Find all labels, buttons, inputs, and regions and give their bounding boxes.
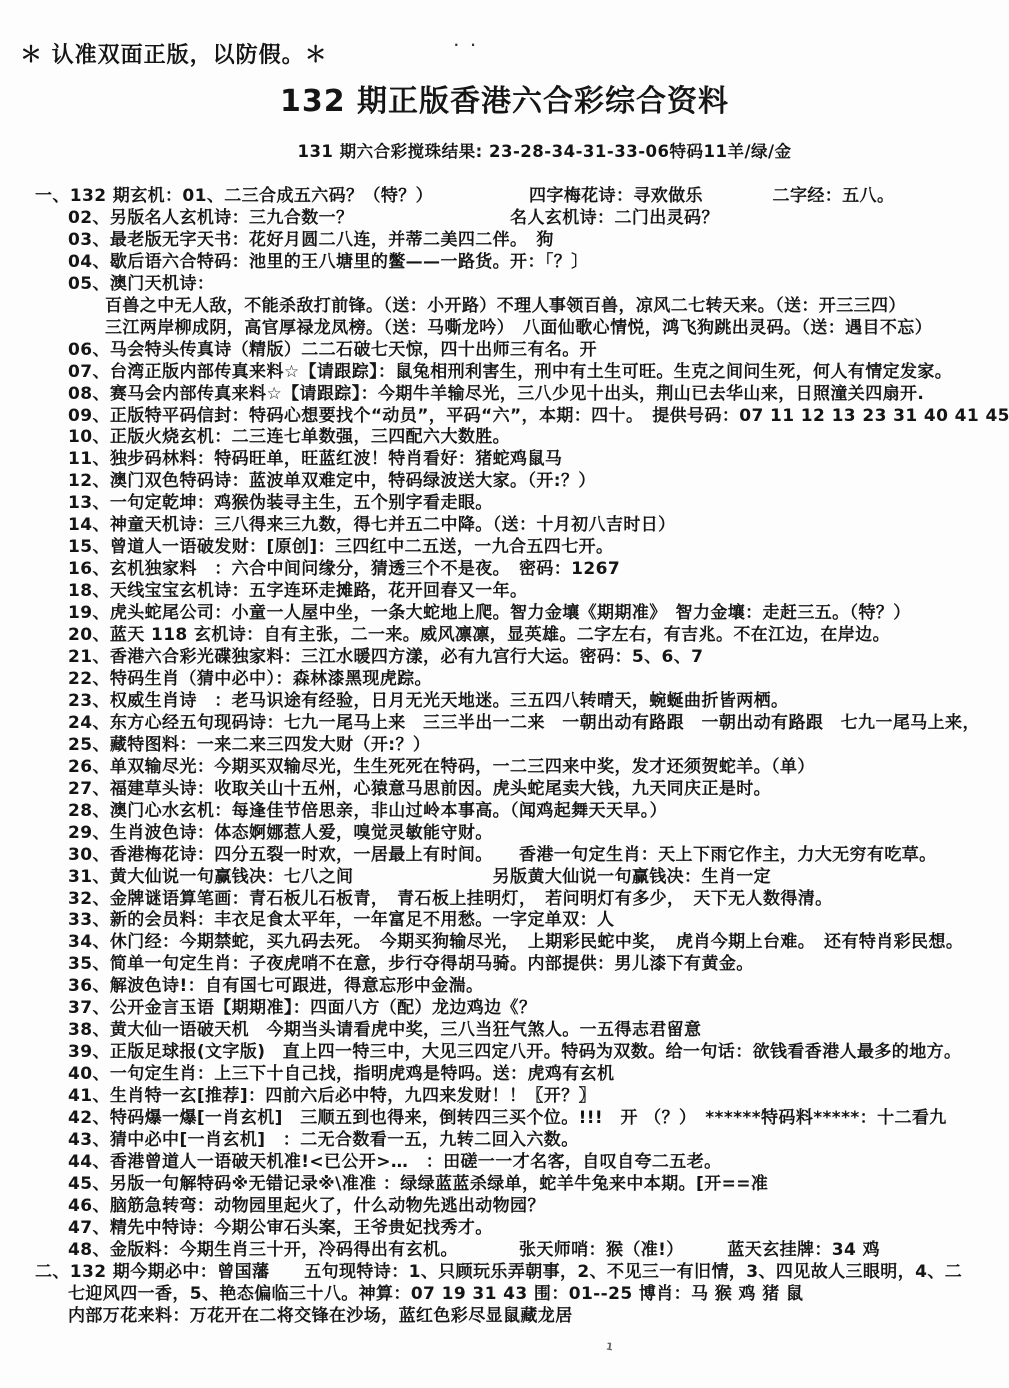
body-line-23: 22、特码生肖（猜中必中）：森林漆黑现虎踪。 bbox=[0, 669, 1009, 691]
lottery-info-sheet: ＊ 认准双面正版，以防假。＊ · · 132 期正版香港六合彩综合资料 131 … bbox=[0, 0, 1009, 1388]
body-line-7: 三江两岸柳成阴，高官厚禄龙凤榜。（送：马嘶龙吟） 八面仙歌心情悦，鸿飞狗跳出灵码… bbox=[0, 318, 1009, 340]
page-title: 132 期正版香港六合彩综合资料 bbox=[0, 76, 1009, 120]
body-line-51: 七迎风四一香，5、艳态偏临三十八。神算：07 19 31 43 围：01--25… bbox=[0, 1284, 1009, 1306]
body-line-47: 46、脑筋急转弯：动物园里起火了，什么动物先逃出动物园？ bbox=[0, 1196, 1009, 1218]
scan-dots-artifact: · · bbox=[454, 38, 479, 52]
body-line-35: 34、休门经：今期禁蛇，买九码去死。 今期买狗输尽光， 上期彩民蛇中奖， 虎肖今… bbox=[0, 932, 1009, 954]
body-line-11: 09、正版特平码信封：特码心想要找个“动员”，平码“六”，本期：四十。 提供号码… bbox=[0, 406, 1009, 428]
body-line-36: 35、简单一句定生肖：子夜虎哨不在意，步行夺得胡马骑。内部提供：男儿漆下有黄金。 bbox=[0, 954, 1009, 976]
body-line-39: 38、黄大仙一语破天机 今期当头请看虎中奖，三八当狂气煞人。一五得志君留意 bbox=[0, 1020, 1009, 1042]
body-line-29: 28、澳门心水玄机：每逢佳节倍思亲，非山过岭本事高。（闻鸡起舞天天早。） bbox=[0, 801, 1009, 823]
body-line-50: 二、132 期今期必中：曾国藩 五句现特诗：1、只顾玩乐弄朝事，2、不见三一有旧… bbox=[0, 1262, 1009, 1284]
body-line-20: 19、虎头蛇尾公司：小童一人屋中坐，一条大蛇地上爬。智力金壤《期期准》 智力金壤… bbox=[0, 603, 1009, 625]
body-line-21: 20、蓝天 118 玄机诗：自有主张，二一来。威风凛凛，显英雄。二字左右，有吉兆… bbox=[0, 625, 1009, 647]
body-line-6: 百兽之中无人敌，不能杀敌打前锋。（送：小开路）不理人事领百兽，凉风二七转天来。（… bbox=[0, 296, 1009, 318]
body-line-24: 23、权威生肖诗 ：老马识途有经验，日月无光天地迷。三五四八转晴天，蜿蜒曲折皆两… bbox=[0, 691, 1009, 713]
body-line-10: 08、赛马会内部传真来料☆【请跟踪】：今期牛羊输尽光，三八少见十出头，荆山已去华… bbox=[0, 384, 1009, 406]
body-line-25: 24、东方心经五句现码诗：七九一尾马上来 三三半出一二来 一朝出动有路跟 一朝出… bbox=[0, 713, 1009, 735]
body-line-33: 32、金牌谜语算笔画：青石板儿石板青， 青石板上挂明灯， 若问明灯有多少， 天下… bbox=[0, 889, 1009, 911]
body-line-22: 21、香港六合彩光碟独家料：三江水暖四方漾，必有九宫行大运。密码：5、6、7 bbox=[0, 647, 1009, 669]
body-line-14: 12、澳门双色特码诗：蓝波单双难定中，特码绿波送大家。（开:？） bbox=[0, 471, 1009, 493]
body-line-46: 45、另版一句解特码※无错记录※\准准 ：绿绿蓝蓝杀绿单，蛇羊牛兔来中本期。[开… bbox=[0, 1174, 1009, 1196]
anti-fake-notice: ＊ 认准双面正版，以防假。＊ bbox=[20, 38, 328, 69]
body-line-42: 41、生肖特一玄[推荐]：四前六后必中特，九四来发财！！〖开？〗 bbox=[0, 1086, 1009, 1108]
body-line-44: 43、猜中必中[一肖玄机] ：二无合数看一五，九转二回入六数。 bbox=[0, 1130, 1009, 1152]
body-line-5: 05、澳门天机诗： bbox=[0, 274, 1009, 296]
body-line-41: 40、一句定生肖：上三下十自己找，指明虎鸡是特吗。送：虎鸡有玄机 bbox=[0, 1064, 1009, 1086]
body-line-49: 48、金版料：今期生肖三十开，冷码得出有玄机。 张天师哨：猴（准!） 蓝天玄挂牌… bbox=[0, 1240, 1009, 1262]
body-line-4: 04、歇后语六合特码：池里的王八塘里的鳖——一路货。开：「？〕 bbox=[0, 252, 1009, 274]
body-line-31: 30、香港梅花诗：四分五裂一时欢，一居最上有时间。 香港一句定生肖：天上下雨它作… bbox=[0, 845, 1009, 867]
body-line-17: 15、曾道人一语破发财：[原创]：三四红中二五送，一九合五四七开。 bbox=[0, 537, 1009, 559]
body-line-34: 33、新的会员料：丰衣足食太平年，一年富足不用愁。一字定单双：人 bbox=[0, 910, 1009, 932]
body-line-45: 44、香港曾道人一语破天机准!<已公开>… ：田磋一一才名客，自叹自夸二五老。 bbox=[0, 1152, 1009, 1174]
body-line-26: 25、藏特图料：一来二来三四发大财（开:？） bbox=[0, 735, 1009, 757]
body-line-32: 31、黄大仙说一句赢钱决：七八之间 另版黄大仙说一句赢钱决：生肖一定 bbox=[0, 867, 1009, 889]
body-line-8: 06、马会特头传真诗（精版）二二石破七天惊，四十出师三有名。开 bbox=[0, 340, 1009, 362]
body-line-3: 03、最老版无字天书：花好月圆二八连，并蒂二美四二伴。 狗 bbox=[0, 230, 1009, 252]
info-lines-list: 一、132 期玄机：01、二三合成五六码？（特？） 四字梅花诗：寻欢做乐 二字经… bbox=[0, 186, 1009, 1328]
body-line-52: 内部万花来料：万花开在二将交锋在沙场，蓝红色彩尽显鼠藏龙居 bbox=[0, 1306, 1009, 1328]
body-line-48: 47、精先中特诗：今期公审石头案，王爷贵妃找秀才。 bbox=[0, 1218, 1009, 1240]
body-line-1: 一、132 期玄机：01、二三合成五六码？（特？） 四字梅花诗：寻欢做乐 二字经… bbox=[0, 186, 1009, 208]
body-line-43: 42、特码爆一爆[一肖玄机] 三顺五到也得来，倒转四三买个位。!!! 开 （？）… bbox=[0, 1108, 1009, 1130]
body-line-9: 07、台湾正版内部传真来料☆【请跟踪】：鼠兔相刑利害生，刑中有土生可旺。生克之间… bbox=[0, 362, 1009, 384]
body-line-27: 26、单双输尽光：今期买双输尽光，生生死死在特码，一二三四来中奖，发才还须贺蛇羊… bbox=[0, 757, 1009, 779]
previous-draw-result: 131 期六合彩搅珠结果: 23-28-34-31-33-06特码11羊/绿/金 bbox=[0, 138, 1009, 162]
body-line-12: 10、正版火烧玄机：二三连七单数强，三四配六大数胜。 bbox=[0, 427, 1009, 449]
body-line-15: 13、一句定乾坤：鸡猴伪装寻主生，五个别字看走眼。 bbox=[0, 493, 1009, 515]
body-line-19: 18、天线宝宝玄机诗：五字连环走摊路，花开回春又一年。 bbox=[0, 581, 1009, 603]
body-line-30: 29、生肖波色诗：体态婀娜惹人爱，嗅觉灵敏能守财。 bbox=[0, 823, 1009, 845]
body-line-28: 27、福建草头诗：收取关山十五州，心猿意马思前因。虎头蛇尾卖大钱，九天同庆正是时… bbox=[0, 779, 1009, 801]
body-line-18: 16、玄机独家料 ：六合中间问缘分，猜透三个不是夜。 密码：1267 bbox=[0, 559, 1009, 581]
body-line-2: 02、另版名人玄机诗：三九合数一？ 名人玄机诗：二门出灵码？ bbox=[0, 208, 1009, 230]
body-line-37: 36、解波色诗!：自有国七可跟进，得意忘形中金湍。 bbox=[0, 976, 1009, 998]
body-line-38: 37、公开金言玉语【期期准】：四面八方（配）龙边鸡边《？ bbox=[0, 998, 1009, 1020]
body-line-40: 39、正版足球报(文字版) 直上四一特三中，大见三四定八开。特码为双数。给一句话… bbox=[0, 1042, 1009, 1064]
body-line-13: 11、独步码林料：特码旺单，旺蓝红波！特肖看好：猪蛇鸡鼠马 bbox=[0, 449, 1009, 471]
scan-mark-artifact: 1 bbox=[605, 1342, 613, 1354]
body-line-16: 14、神童天机诗：三八得来三九数，得七并五二中降。（送：十月初八吉时日） bbox=[0, 515, 1009, 537]
